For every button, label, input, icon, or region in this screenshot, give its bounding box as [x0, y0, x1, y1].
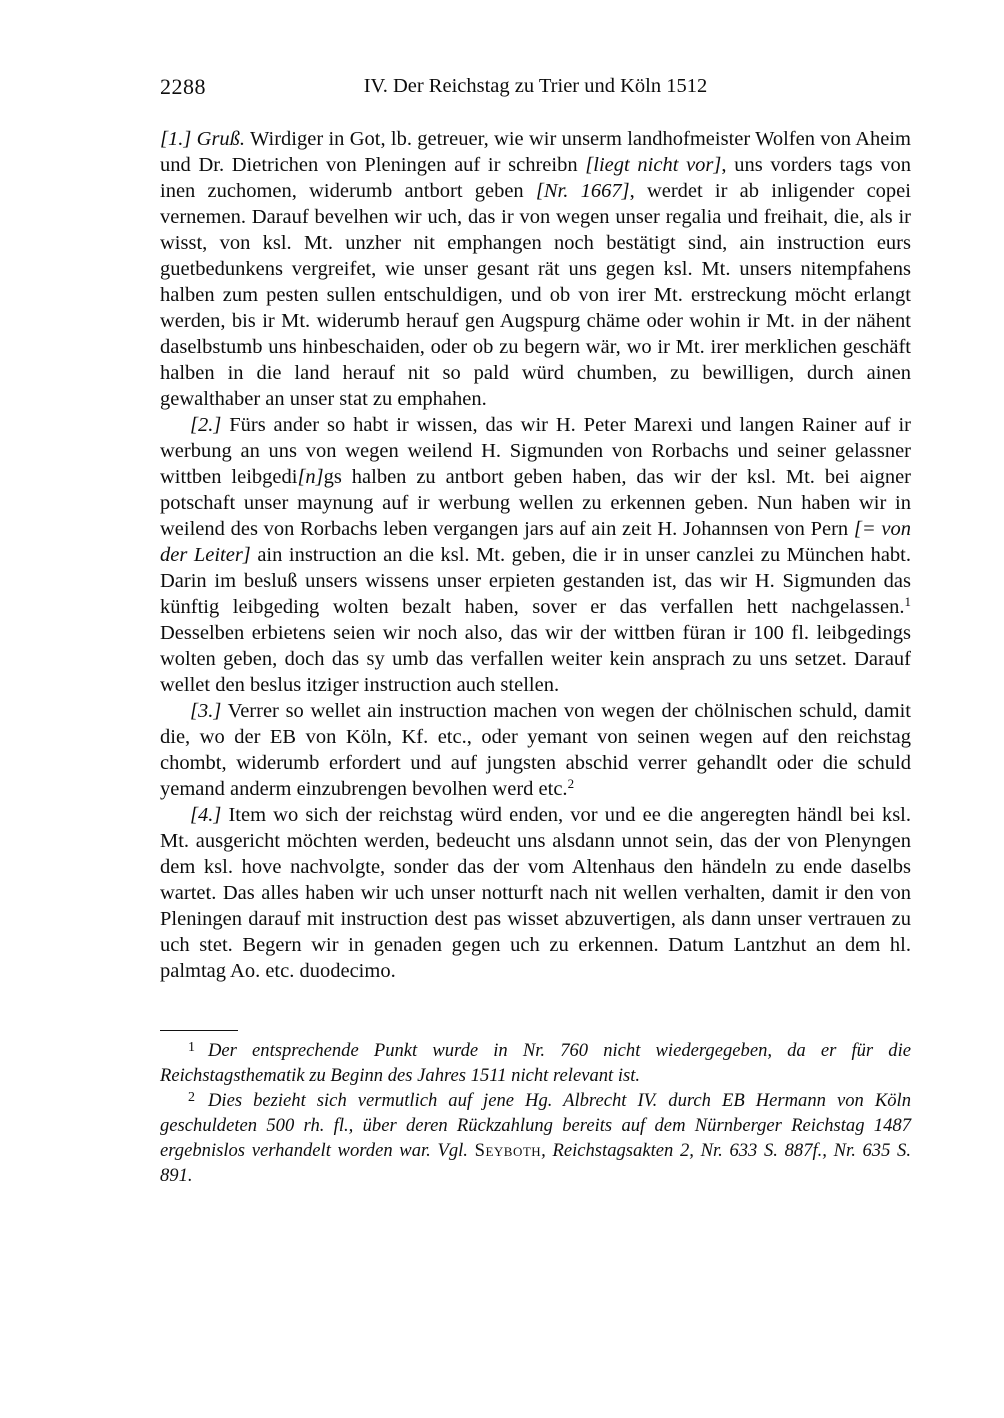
text-run: [3.]: [190, 700, 221, 722]
text-run: [n]: [297, 466, 323, 488]
paragraph: [1.] Gruß. Wirdiger in Got, lb. getreuer…: [160, 126, 911, 412]
text-run: , werdet ir ab inligender copei vernemen…: [160, 180, 911, 410]
page-header: 2288 IV. Der Reichstag zu Trier und Köln…: [160, 74, 911, 102]
running-head: IV. Der Reichstag zu Trier und Köln 1512: [160, 74, 911, 98]
text-run: [2.]: [190, 414, 221, 436]
footnote-separator: [160, 1030, 238, 1031]
footnote-marker: 1: [188, 1040, 195, 1055]
footnote: 2Dies bezieht sich vermutlich auf jene H…: [160, 1088, 911, 1188]
footnote-marker: 2: [188, 1090, 195, 1105]
text-run: ain instruction an die ksl. Mt. geben, d…: [160, 544, 911, 618]
paragraph: [2.] Fürs ander so habt ir wissen, das w…: [160, 412, 911, 698]
paragraph: [4.] Item wo sich der reichstag würd end…: [160, 802, 911, 984]
text-run: [liegt nicht vor]: [585, 154, 721, 176]
text-run: Der entsprechende Punkt wurde in Nr. 760…: [160, 1040, 911, 1086]
text-column: 2288 IV. Der Reichstag zu Trier und Köln…: [160, 74, 911, 1188]
page-number: 2288: [160, 74, 206, 100]
footnote-reference: 1: [905, 594, 912, 609]
text-run: [4.]: [190, 804, 221, 826]
footnote: 1Der entsprechende Punkt wurde in Nr. 76…: [160, 1038, 911, 1088]
footnote-reference: 2: [568, 776, 575, 791]
text-run: Item wo sich der reichstag würd enden, v…: [160, 804, 911, 982]
book-page: 2288 IV. Der Reichstag zu Trier und Köln…: [0, 0, 1004, 1418]
text-run: [Nr. 1667]: [536, 180, 630, 202]
text-run: Seyboth: [475, 1140, 542, 1161]
text-run: Verrer so wellet ain instruction machen …: [160, 700, 911, 800]
paragraph: [3.] Verrer so wellet ain instruction ma…: [160, 698, 911, 802]
footnotes-list: 1Der entsprechende Punkt wurde in Nr. 76…: [160, 1038, 911, 1188]
text-run: Desselben erbietens seien wir noch also,…: [160, 622, 911, 696]
body-paragraphs: [1.] Gruß. Wirdiger in Got, lb. getreuer…: [160, 126, 911, 984]
text-run: [1.] Gruß.: [160, 128, 245, 150]
